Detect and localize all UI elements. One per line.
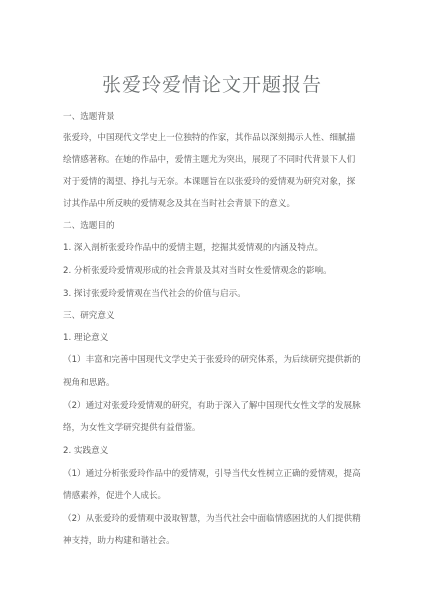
paragraph-line: 1. 理论意义 <box>63 331 373 345</box>
paragraph-line: 2. 分析张爱玲爱情观形成的社会背景及其对当时女性爱情观念的影响。 <box>63 264 373 278</box>
paragraph-line: （2）从张爱玲的爱情观中汲取智慧，为当代社会中面临情感困扰的人们提供精 <box>63 512 373 526</box>
paragraph-line: 神支持，助力构建和谐社会。 <box>63 534 373 548</box>
paragraph-line: 1. 深入剖析张爱玲作品中的爱情主题，挖掘其爱情观的内涵及特点。 <box>63 241 373 255</box>
paragraph-line: 情感素养，促进个人成长。 <box>63 489 373 503</box>
paragraph-line: 2. 实践意义 <box>63 444 373 458</box>
paragraph-line: （1）通过分析张爱玲作品中的爱情观，引导当代女性树立正确的爱情观，提高 <box>63 467 373 481</box>
paragraph-line: 张爱玲，中国现代文学史上一位独特的作家，其作品以深刻揭示人性、细腻描 <box>63 131 373 145</box>
section-heading: 二、选题目的 <box>63 219 373 233</box>
paragraph-line: （2）通过对张爱玲爱情观的研究，有助于深入了解中国现代女性文学的发展脉 <box>63 399 373 413</box>
document-page: 张爱玲爱情论文开题报告 一、选题背景张爱玲，中国现代文学史上一位独特的作家，其作… <box>0 0 424 600</box>
paragraph-line: 绘情感著称。在她的作品中，爱情主题尤为突出，展现了不同时代背景下人们 <box>63 153 373 167</box>
paragraph-line: 对于爱情的渴望、挣扎与无奈。本课题旨在以张爱玲的爱情观为研究对象，探 <box>63 175 373 189</box>
paragraph-line: 视角和思路。 <box>63 376 373 390</box>
paragraph-line: （1）丰富和完善中国现代文学史关于张爱玲的研究体系，为后续研究提供新的 <box>63 353 373 367</box>
section-heading: 一、选题背景 <box>63 110 373 124</box>
paragraph-line: 讨其作品中所反映的爱情观念及其在当时社会背景下的意义。 <box>63 197 373 211</box>
paragraph-line: 络，为女性文学研究提供有益借鉴。 <box>63 421 373 435</box>
document-title: 张爱玲爱情论文开题报告 <box>0 70 424 100</box>
section-heading: 三、研究意义 <box>63 309 373 323</box>
paragraph-line: 3. 探讨张爱玲爱情观在当代社会的价值与启示。 <box>63 287 373 301</box>
